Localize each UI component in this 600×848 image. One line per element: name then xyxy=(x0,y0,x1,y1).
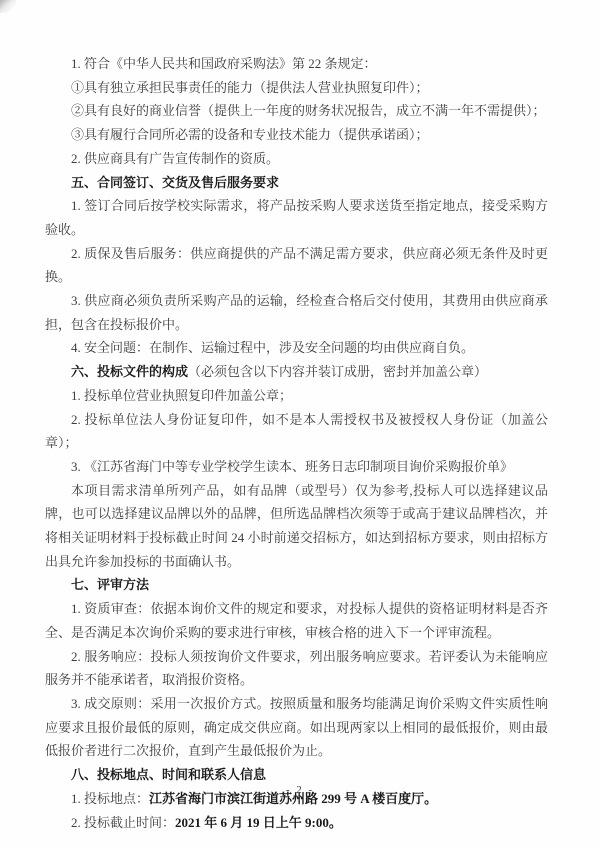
paragraph: ②具有良好的商业信誉（提供上一年度的财务状况报告，成立不满一年不需提供）； xyxy=(45,99,548,123)
text-run: 1. 资质审查：依据本询价文件的规定和要求，对投标人提供的资格证明材料是否齐全、… xyxy=(45,601,548,640)
text-run: 2. 供应商具有广告宣传制作的资质。 xyxy=(71,151,279,166)
text-run: 八、投标地点、时间和联系人信息 xyxy=(71,767,266,782)
paragraph: 本项目需求清单所列产品，如有品牌（或型号）仅为参考,投标人可以选择建议品牌，也可… xyxy=(45,479,548,574)
paragraph: ①具有独立承担民事责任的能力（提供法人营业执照复印件）； xyxy=(45,76,548,100)
paragraph: 1. 符合《中华人民共和国政府采购法》第 22 条规定： xyxy=(45,52,548,76)
paragraph: 3. 成交原则：采用一次报价方式。按照质量和服务均能满足询价采购文件实质性响应要… xyxy=(45,692,548,763)
page-number: - 2 - xyxy=(0,784,600,796)
paragraph: 2. 供应商具有广告宣传制作的资质。 xyxy=(45,147,548,171)
paragraph: 1. 投标单位营业执照复印件加盖公章； xyxy=(45,384,548,408)
paragraph: 3. 供应商必须负责所采购产品的运输，经检查合格后交付使用，其费用由供应商承担，… xyxy=(45,289,548,336)
section-heading: 五、合同签订、交货及售后服务要求 xyxy=(45,171,548,195)
text-run: ③具有履行合同所必需的设备和专业技术能力（提供承诺函）； xyxy=(71,127,429,142)
scan-artifact xyxy=(0,0,16,13)
text-run: 五、合同签订、交货及售后服务要求 xyxy=(71,175,279,190)
paragraph: 2. 投标截止时间：2021 年 6 月 19 日上午 9:00。 xyxy=(45,811,548,835)
paragraph: 4. 安全问题：在制作、运输过程中，涉及安全问题的均由供应商自负。 xyxy=(45,336,548,360)
text-run: 3. 供应商必须负责所采购产品的运输，经检查合格后交付使用，其费用由供应商承担，… xyxy=(45,293,548,332)
paragraph: 1. 签订合同后按学校实际需求，将产品按采购人要求送货至指定地点，接受采购方验收… xyxy=(45,194,548,241)
paragraph: 2. 质保及售后服务：供应商提供的产品不满足需方要求，供应商必须无条件及时更换。 xyxy=(45,242,548,289)
text-run: 2. 投标单位法人身份证复印件，如不是本人需授权书及被授权人身份证（加盖公章）； xyxy=(45,412,548,451)
text-run: 2021 年 6 月 19 日上午 9:00。 xyxy=(175,815,342,830)
document-body: 1. 符合《中华人民共和国政府采购法》第 22 条规定：①具有独立承担民事责任的… xyxy=(45,52,548,834)
text-run: 2. 投标截止时间： xyxy=(71,815,175,830)
paragraph: 2. 投标单位法人身份证复印件，如不是本人需授权书及被授权人身份证（加盖公章）； xyxy=(45,408,548,455)
text-run: 3. 《江苏省海门中等专业学校学生读本、班务日志印制项目询价采购报价单》 xyxy=(71,459,513,474)
paragraph: 2. 服务响应：投标人须按询价文件要求，列出服务响应要求。若评委认为未能响应服务… xyxy=(45,645,548,692)
paragraph: 3. 《江苏省海门中等专业学校学生读本、班务日志印制项目询价采购报价单》 xyxy=(45,455,548,479)
text-run: ①具有独立承担民事责任的能力（提供法人营业执照复印件）； xyxy=(71,80,429,95)
paragraph: 1. 资质审查：依据本询价文件的规定和要求，对投标人提供的资格证明材料是否齐全、… xyxy=(45,597,548,644)
section-heading: 七、评审方法 xyxy=(45,573,548,597)
text-run: 本项目需求清单所列产品，如有品牌（或型号）仅为参考,投标人可以选择建议品牌，也可… xyxy=(45,483,548,569)
text-run: （必须包含以下内容并装订成册，密封并加盖公章） xyxy=(188,364,487,379)
section-heading: 六、投标文件的构成（必须包含以下内容并装订成册，密封并加盖公章） xyxy=(45,360,548,384)
text-run: 七、评审方法 xyxy=(71,577,149,592)
document-page: 1. 符合《中华人民共和国政府采购法》第 22 条规定：①具有独立承担民事责任的… xyxy=(0,0,600,848)
text-run: 1. 签订合同后按学校实际需求，将产品按采购人要求送货至指定地点，接受采购方验收… xyxy=(45,198,548,237)
text-run: 1. 符合《中华人民共和国政府采购法》第 22 条规定： xyxy=(71,56,377,71)
text-run: 3. 成交原则：采用一次报价方式。按照质量和服务均能满足询价采购文件实质性响应要… xyxy=(45,696,548,758)
text-run: 2. 质保及售后服务：供应商提供的产品不满足需方要求，供应商必须无条件及时更换。 xyxy=(45,246,548,285)
text-run: 1. 投标单位营业执照复印件加盖公章； xyxy=(71,388,292,403)
paragraph: ③具有履行合同所必需的设备和专业技术能力（提供承诺函）； xyxy=(45,123,548,147)
text-run: ②具有良好的商业信誉（提供上一年度的财务状况报告，成立不满一年不需提供）； xyxy=(71,103,546,118)
text-run: 六、投标文件的构成 xyxy=(71,364,188,379)
text-run: 4. 安全问题：在制作、运输过程中，涉及安全问题的均由供应商自负。 xyxy=(71,340,474,355)
text-run: 2. 服务响应：投标人须按询价文件要求，列出服务响应要求。若评委认为未能响应服务… xyxy=(45,649,548,688)
